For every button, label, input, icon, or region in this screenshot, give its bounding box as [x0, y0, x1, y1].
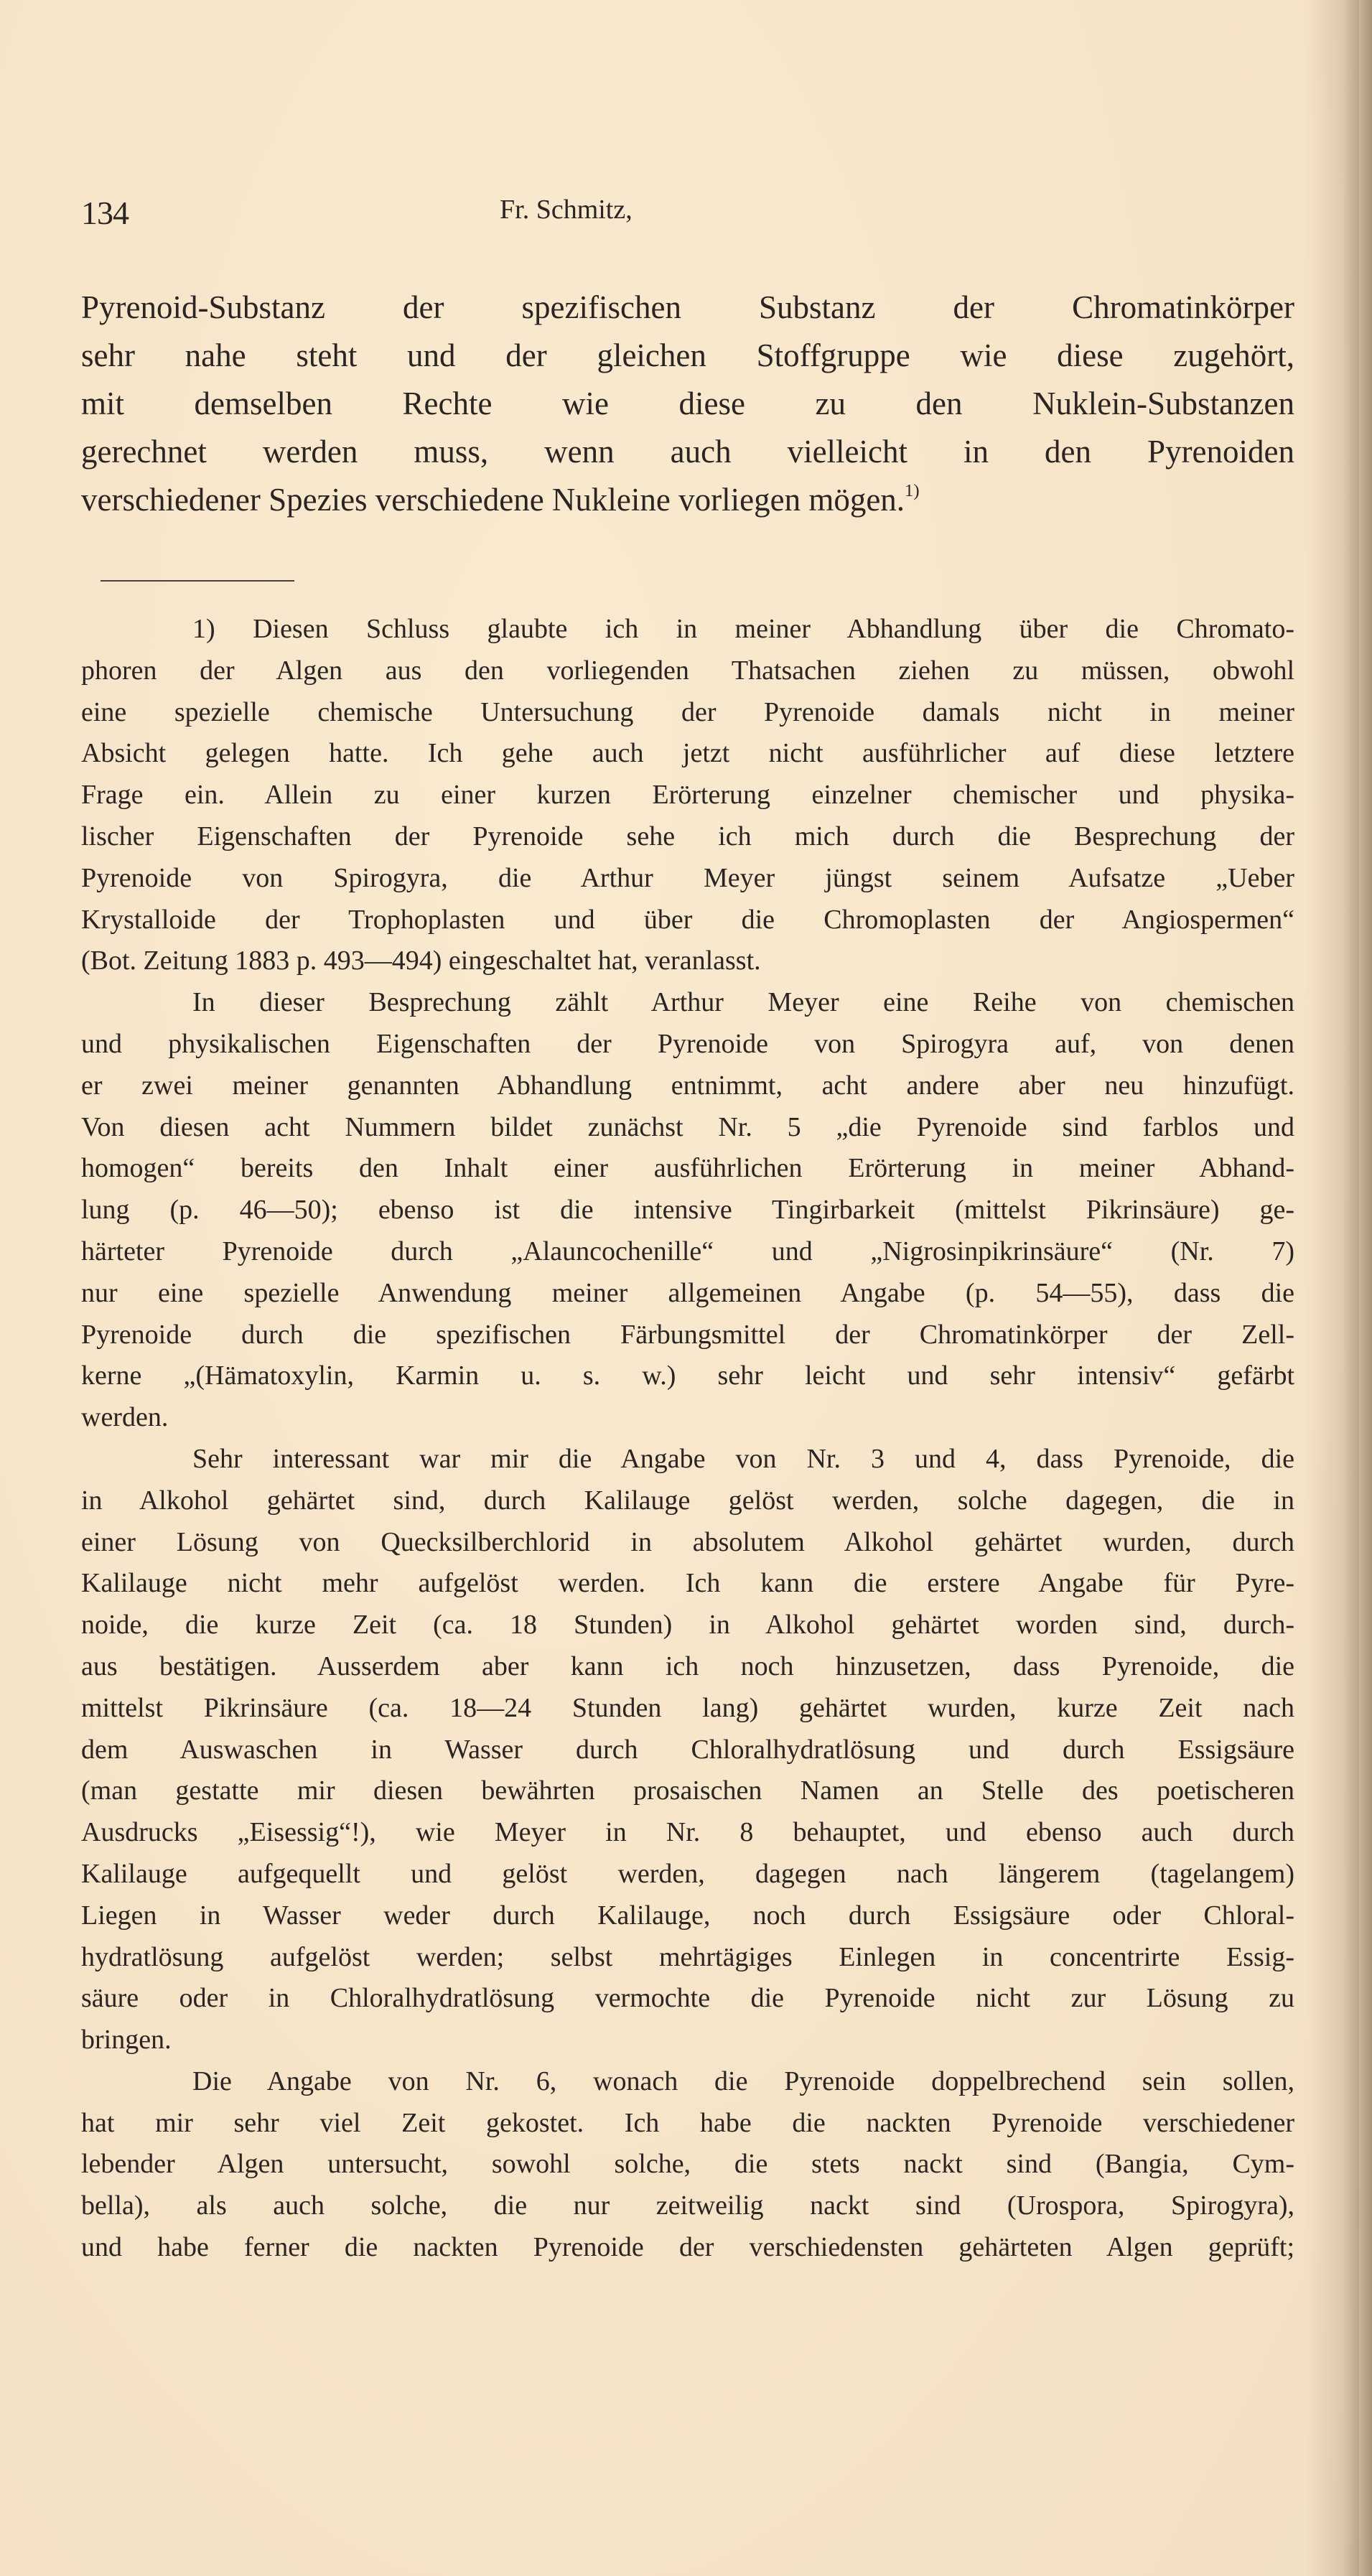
footnote-line: werden. — [81, 1397, 1294, 1439]
footnote-block: 1) Diesen Schluss glaubte ich in meiner … — [81, 609, 1294, 2269]
text-line: gerechnet werden muss, wenn auch viellei… — [81, 428, 1294, 476]
page-header: 134 Fr. Schmitz, — [81, 194, 1294, 237]
text-line-content: verschiedener Spezies verschiedene Nukle… — [81, 482, 905, 518]
footnote-line: Frage ein. Allein zu einer kurzen Erörte… — [81, 775, 1294, 816]
footnote-line: kerne „(Hämatoxylin, Karmin u. s. w.) se… — [81, 1355, 1294, 1397]
footnote-divider — [101, 580, 294, 582]
footnote-line: mittelst Pikrinsäure (ca. 18—24 Stunden … — [81, 1688, 1294, 1730]
text-line: Pyrenoid-Substanz der spezifischen Subst… — [81, 284, 1294, 332]
footnote-line: einer Lösung von Quecksilberchlorid in a… — [81, 1522, 1294, 1564]
text-line-content: mit demselben Rechte wie diese zu den Nu… — [81, 386, 1294, 421]
footnote-line: dem Auswaschen in Wasser durch Chloralhy… — [81, 1730, 1294, 1771]
footnote-line: härteter Pyrenoide durch „Alauncochenill… — [81, 1231, 1294, 1273]
footnote-line: hat mir sehr viel Zeit gekostet. Ich hab… — [81, 2103, 1294, 2145]
main-paragraph: Pyrenoid-Substanz der spezifischen Subst… — [81, 284, 1294, 524]
footnote-line: Pyrenoide von Spirogyra, die Arthur Meye… — [81, 858, 1294, 900]
footnote-line: noide, die kurze Zeit (ca. 18 Stunden) i… — [81, 1605, 1294, 1646]
footnote-line: lischer Eigenschaften der Pyrenoide sehe… — [81, 816, 1294, 858]
footnote-line: (Bot. Zeitung 1883 p. 493—494) eingescha… — [81, 941, 1294, 982]
text-line: mit demselben Rechte wie diese zu den Nu… — [81, 380, 1294, 428]
footnote-reference[interactable]: 1) — [905, 481, 920, 500]
footnote-line: Von diesen acht Nummern bildet zunächst … — [81, 1107, 1294, 1149]
footnote-marker: 1) — [192, 614, 215, 644]
footnote-line: Absicht gelegen hatte. Ich gehe auch jet… — [81, 733, 1294, 775]
text-line: sehr nahe steht und der gleichen Stoffgr… — [81, 332, 1294, 380]
footnote-line: nur eine spezielle Anwendung meiner allg… — [81, 1273, 1294, 1315]
footnote-line: homogen“ bereits den Inhalt einer ausfüh… — [81, 1148, 1294, 1190]
footnote-line: er zwei meiner genannten Abhandlung entn… — [81, 1065, 1294, 1107]
footnote-line: und physikalischen Eigenschaften der Pyr… — [81, 1024, 1294, 1065]
footnote-line: Sehr interessant war mir die Angabe von … — [81, 1439, 1294, 1480]
footnote-line: aus bestätigen. Ausserdem aber kann ich … — [81, 1646, 1294, 1688]
footnote-line: in Alkohol gehärtet sind, durch Kalilaug… — [81, 1480, 1294, 1522]
footnote-line: bringen. — [81, 2020, 1294, 2061]
footnote-line: Ausdrucks „Eisessig“!), wie Meyer in Nr.… — [81, 1812, 1294, 1854]
footnote-line: lung (p. 46—50); ebenso ist die intensiv… — [81, 1190, 1294, 1231]
footnote-line: In dieser Besprechung zählt Arthur Meyer… — [81, 982, 1294, 1024]
footnote-line: lebender Algen untersucht, sowohl solche… — [81, 2144, 1294, 2185]
footnote-line: Pyrenoide durch die spezifischen Färbung… — [81, 1315, 1294, 1356]
footnote-text: Diesen Schluss glaubte ich in meiner Abh… — [253, 614, 1294, 644]
footnote-line: Kalilauge aufgequellt und gelöst werden,… — [81, 1854, 1294, 1895]
footnote-line: Die Angabe von Nr. 6, wonach die Pyrenoi… — [81, 2061, 1294, 2103]
footnote-line: säure oder in Chloralhydratlösung vermoc… — [81, 1978, 1294, 2020]
footnote-line: 1) Diesen Schluss glaubte ich in meiner … — [81, 609, 1294, 650]
page-edge-shadow — [1359, 0, 1372, 2576]
text-line: verschiedener Spezies verschiedene Nukle… — [81, 476, 1294, 524]
footnote-line: Liegen in Wasser weder durch Kalilauge, … — [81, 1895, 1294, 1937]
footnote-line: Krystalloide der Trophoplasten und über … — [81, 900, 1294, 941]
page-number: 134 — [81, 194, 129, 232]
footnote-line: Kalilauge nicht mehr aufgelöst werden. I… — [81, 1563, 1294, 1605]
running-head: Fr. Schmitz, — [500, 194, 633, 225]
footnote-line: eine spezielle chemische Untersuchung de… — [81, 692, 1294, 734]
footnote-line: bella), als auch solche, die nur zeitwei… — [81, 2185, 1294, 2227]
footnote-line: und habe ferner die nackten Pyrenoide de… — [81, 2227, 1294, 2269]
footnote-line: phoren der Algen aus den vorliegenden Th… — [81, 650, 1294, 692]
footnote-line: (man gestatte mir diesen bewährten prosa… — [81, 1770, 1294, 1812]
footnote-line: hydratlösung aufgelöst werden; selbst me… — [81, 1937, 1294, 1979]
